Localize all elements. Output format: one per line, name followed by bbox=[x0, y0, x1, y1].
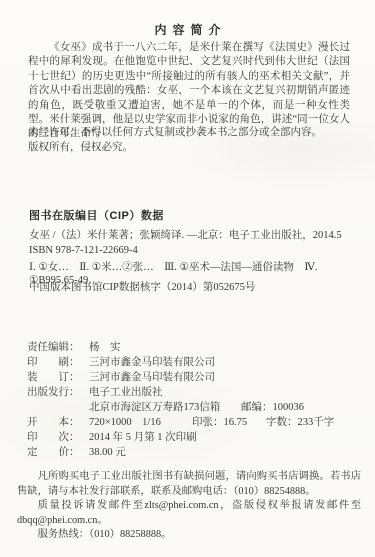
cip-record-line: 女巫 /（法）米什莱著；张颖绮译. —北京：电子工业出版社，2014.5 bbox=[29, 229, 349, 244]
exchange-notice: 凡所购买电子工业出版社图书有缺损问题，请向购买书店调换。若书店售缺，请与本社发行… bbox=[17, 470, 361, 499]
cip-body: 女巫 /（法）米什莱著；张颖绮译. —北京：电子工业出版社，2014.5 ISB… bbox=[29, 229, 349, 258]
complaint-notice: 质量投诉请发邮件至zlts@phei.com.cn，盗版侵权举报请发邮件至dbq… bbox=[17, 499, 361, 528]
row-value: 三河市鑫金马印装有限公司 bbox=[89, 355, 215, 370]
row-value: 电子工业出版社 bbox=[89, 385, 163, 400]
colophon-row-printer: 印 刷： 三河市鑫金马印装有限公司 bbox=[27, 355, 357, 370]
service-notice-block: 凡所购买电子工业出版社图书有缺损问题，请向购买书店调换。若书店售缺，请与本社发行… bbox=[17, 470, 361, 543]
publisher-address: 北京市海淀区万寿路173信箱 bbox=[89, 400, 241, 415]
no-copy-notice: 未经许可，不得以任何方式复制或抄袭本书之部分或全部内容。 bbox=[28, 126, 350, 141]
row-label: 装 订： bbox=[27, 370, 89, 385]
row-value: 2014 年 5 月第 1 次印刷 bbox=[89, 430, 197, 445]
colophon-row-publisher: 出版发行： 电子工业出版社 bbox=[27, 385, 357, 400]
hotline-notice: 服务热线：（010）88258888。 bbox=[17, 528, 361, 543]
colophon-row-address: 北京市海淀区万寿路173信箱 邮编：100036 bbox=[27, 400, 357, 415]
row-label: 印 次： bbox=[27, 430, 89, 445]
copyright-notice-block: 未经许可，不得以任何方式复制或抄袭本书之部分或全部内容。 版权所有，侵权必究。 bbox=[28, 126, 350, 155]
cip-heading: 图书在版编目（CIP）数据 bbox=[29, 207, 164, 223]
row-label: 责任编辑： bbox=[27, 340, 89, 355]
content-summary-heading: 内容简介 bbox=[0, 21, 375, 38]
colophon-row-binder: 装 订： 三河市鑫金马印装有限公司 bbox=[27, 370, 357, 385]
sheet-count: 印张：16.75 bbox=[192, 415, 266, 430]
colophon-block: 责任编辑： 杨 实 印 刷： 三河市鑫金马印装有限公司 装 订： 三河市鑫金马印… bbox=[27, 340, 357, 460]
cip-registry-line: 中国版本图书馆CIP数据核字（2014）第052675号 bbox=[29, 279, 349, 294]
colophon-row-format: 开 本： 720×1000 1/16 印张：16.75 字数：233千字 bbox=[27, 415, 357, 430]
colophon-row-editor: 责任编辑： 杨 实 bbox=[27, 340, 357, 355]
colophon-row-impression: 印 次： 2014 年 5 月第 1 次印刷 bbox=[27, 430, 357, 445]
word-count: 字数：233千字 bbox=[266, 415, 334, 430]
row-label: 印 刷： bbox=[27, 355, 89, 370]
book-format: 720×1000 1/16 bbox=[89, 415, 192, 430]
postal-code: 邮编：100036 bbox=[241, 400, 304, 415]
row-value: 38.00 元 bbox=[89, 445, 126, 460]
row-value: 三河市鑫金马印装有限公司 bbox=[89, 370, 215, 385]
isbn-line: ISBN 978-7-121-22669-4 bbox=[29, 244, 349, 259]
row-label: 定 价： bbox=[27, 445, 89, 460]
book-copyright-page: 内容简介 《女巫》成书于一八六二年，是米什莱在撰写《法国史》漫长过程中的犀利发现… bbox=[0, 0, 375, 557]
row-label: 出版发行： bbox=[27, 385, 89, 400]
rights-reserved-notice: 版权所有，侵权必究。 bbox=[28, 141, 350, 156]
colophon-row-price: 定 价： 38.00 元 bbox=[27, 445, 357, 460]
row-value: 杨 实 bbox=[89, 340, 121, 355]
row-label: 开 本： bbox=[27, 415, 89, 430]
